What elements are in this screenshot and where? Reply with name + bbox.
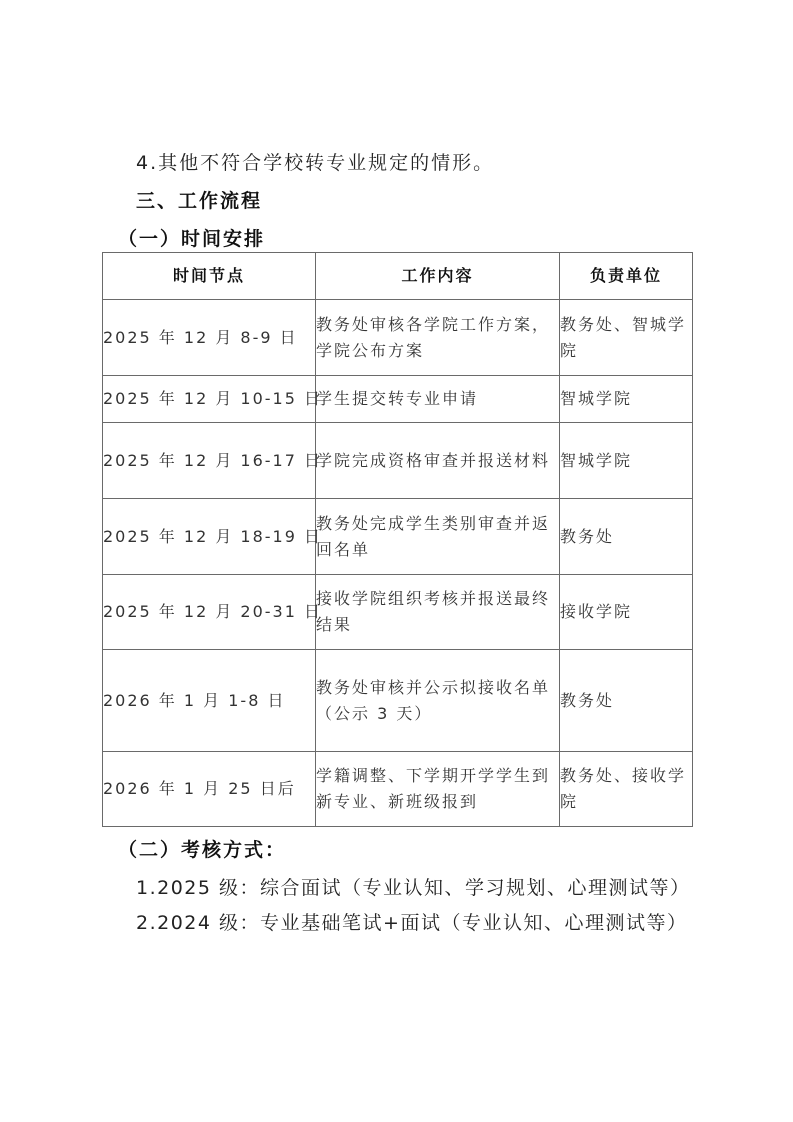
table-row: 2026 年 1 月 25 日后 学籍调整、下学期开学学生到新专业、新班级报到 …	[103, 752, 693, 827]
cell-content: 教务处审核并公示拟接收名单 （公示 3 天）	[316, 650, 560, 752]
header-unit: 负责单位	[560, 253, 693, 300]
cell-unit: 智城学院	[560, 423, 693, 499]
paragraph-item-4: 4.其他不符合学校转专业规定的情形。	[136, 148, 494, 175]
table-header-row: 时间节点 工作内容 负责单位	[103, 253, 693, 300]
header-time: 时间节点	[103, 253, 316, 300]
cell-date: 2025 年 12 月 10-15 日	[103, 376, 316, 423]
section-heading-workflow: 三、工作流程	[136, 186, 262, 213]
cell-date: 2025 年 12 月 8-9 日	[103, 300, 316, 376]
cell-date: 2025 年 12 月 16-17 日	[103, 423, 316, 499]
subsection-heading-schedule: （一）时间安排	[118, 224, 265, 251]
assessment-item-2025: 1.2025 级：综合面试（专业认知、学习规划、心理测试等）	[136, 873, 691, 900]
cell-unit: 教务处、智城学院	[560, 300, 693, 376]
cell-unit: 教务处	[560, 499, 693, 575]
cell-content: 学生提交转专业申请	[316, 376, 560, 423]
table-row: 2026 年 1 月 1-8 日 教务处审核并公示拟接收名单 （公示 3 天） …	[103, 650, 693, 752]
schedule-table: 时间节点 工作内容 负责单位 2025 年 12 月 8-9 日 教务处审核各学…	[102, 252, 693, 827]
table-row: 2025 年 12 月 20-31 日 接收学院组织考核并报送最终结果 接收学院	[103, 575, 693, 650]
cell-unit: 智城学院	[560, 376, 693, 423]
table-row: 2025 年 12 月 8-9 日 教务处审核各学院工作方案，学院公布方案 教务…	[103, 300, 693, 376]
cell-unit: 教务处、接收学院	[560, 752, 693, 827]
cell-unit: 教务处	[560, 650, 693, 752]
table-row: 2025 年 12 月 18-19 日 教务处完成学生类别审查并返回名单 教务处	[103, 499, 693, 575]
cell-content: 学院完成资格审查并报送材料	[316, 423, 560, 499]
cell-content: 学籍调整、下学期开学学生到新专业、新班级报到	[316, 752, 560, 827]
header-content: 工作内容	[316, 253, 560, 300]
cell-content: 接收学院组织考核并报送最终结果	[316, 575, 560, 650]
subsection-heading-assessment: （二）考核方式：	[118, 835, 286, 862]
table-row: 2025 年 12 月 16-17 日 学院完成资格审查并报送材料 智城学院	[103, 423, 693, 499]
cell-content: 教务处完成学生类别审查并返回名单	[316, 499, 560, 575]
cell-date: 2025 年 12 月 18-19 日	[103, 499, 316, 575]
cell-date: 2026 年 1 月 1-8 日	[103, 650, 316, 752]
table-row: 2025 年 12 月 10-15 日 学生提交转专业申请 智城学院	[103, 376, 693, 423]
cell-date: 2026 年 1 月 25 日后	[103, 752, 316, 827]
cell-unit: 接收学院	[560, 575, 693, 650]
assessment-item-2024: 2.2024 级：专业基础笔试+面试（专业认知、心理测试等）	[136, 908, 687, 935]
cell-content: 教务处审核各学院工作方案，学院公布方案	[316, 300, 560, 376]
cell-date: 2025 年 12 月 20-31 日	[103, 575, 316, 650]
